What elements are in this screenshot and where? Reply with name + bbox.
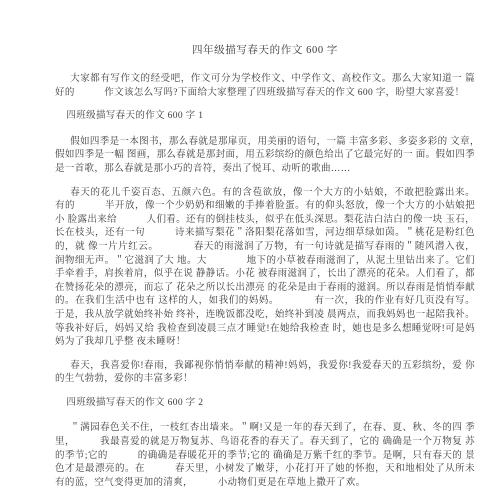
essay-paragraph: 春天，我喜爱你!春雨，我鄙视你悄悄奉献的精神!妈妈，我爱你!我爱春天的五彩缤纷，…	[55, 360, 475, 387]
section-2-heading: 四班级描写春天的作文 600 字 2	[55, 397, 475, 411]
document-page: 四年级描写春天的作文 600 字 大家都有写作文的经受吧，作文可分为学校作文、中…	[0, 0, 500, 500]
section-1-heading: 四班级描写春天的作文 600 字 1	[55, 110, 475, 124]
essay-paragraph: 春天的花儿千姿百态、五颜六色。有的含苞欲放，像一个大方的小姑娘，不敢把脸露出来。…	[55, 187, 475, 350]
intro-paragraph: 大家都有写作文的经受吧，作文可分为学校作文、中学作文、高校作文。那么大家知道一 …	[55, 73, 475, 100]
document-title: 四年级描写春天的作文 600 字	[55, 42, 475, 57]
essay-paragraph: ＂满园春色关不住，一枝红杏出墙来。＂啊!又是一年的春天到了，在春、夏、秋、冬的四…	[55, 422, 475, 490]
essay-paragraph: 假如四季是一本图书，那么春就是那扉页，用美丽的语句，一篇 丰富多彩、多姿多彩的 …	[55, 136, 475, 177]
